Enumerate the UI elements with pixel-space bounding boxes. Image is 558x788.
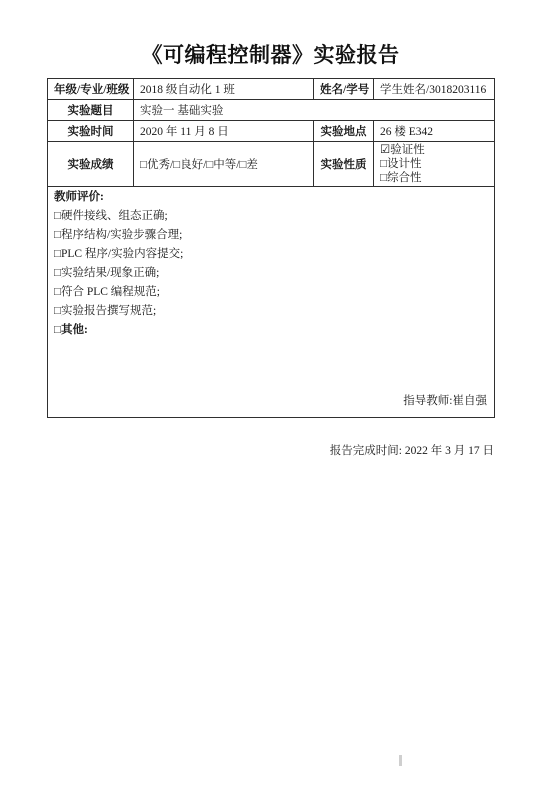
teacher-evaluation-content: 教师评价: □硬件接线、组态正确; □程序结构/实验步骤合理; □PLC 程序/…: [54, 188, 488, 409]
table-row: 实验时间 2020 年 11 月 8 日 实验地点 26 楼 E342: [48, 121, 495, 142]
label-experiment-time: 实验时间: [48, 121, 134, 142]
eval-item-plc-program: □PLC 程序/实验内容提交;: [54, 245, 488, 264]
other-label: 其他:: [61, 324, 88, 336]
report-page: 《可编程控制器》实验报告 年级/专业/班级 2018 级自动化 1 班 姓名/学…: [0, 0, 558, 788]
table-row: 年级/专业/班级 2018 级自动化 1 班 姓名/学号 学生姓名/301820…: [48, 79, 495, 100]
page-marker-artifact: [399, 755, 402, 766]
eval-item-results: □实验结果/现象正确;: [54, 264, 488, 283]
completion-time-line: 报告完成时间: 2022 年 3 月 17 日: [47, 444, 494, 459]
checkbox-option-comprehensive: □综合性: [380, 171, 488, 185]
table-row: 教师评价: □硬件接线、组态正确; □程序结构/实验步骤合理; □PLC 程序/…: [48, 187, 495, 418]
eval-item-coding-standard: □符合 PLC 编程规范;: [54, 283, 488, 302]
label-experiment-nature: 实验性质: [314, 142, 374, 187]
eval-item-wiring: □硬件接线、组态正确;: [54, 207, 488, 226]
value-experiment-topic: 实验一 基础实验: [134, 100, 495, 121]
value-experiment-nature: ☑验证性 □设计性 □综合性: [374, 142, 495, 187]
report-title: 《可编程控制器》实验报告: [47, 41, 494, 69]
eval-item-report-standard: □实验报告撰写规范;: [54, 302, 488, 321]
label-experiment-location: 实验地点: [314, 121, 374, 142]
label-experiment-topic: 实验题目: [48, 100, 134, 121]
other-checkbox-icon: □: [54, 324, 61, 336]
value-experiment-time: 2020 年 11 月 8 日: [134, 121, 314, 142]
report-info-table: 年级/专业/班级 2018 级自动化 1 班 姓名/学号 学生姓名/301820…: [47, 78, 495, 418]
teacher-evaluation-heading: 教师评价:: [54, 188, 488, 207]
checkbox-option-design: □设计性: [380, 157, 488, 171]
value-name-id: 学生姓名/3018203116: [374, 79, 495, 100]
value-experiment-score-checkboxes: □优秀/□良好/□中等/□差: [134, 142, 314, 187]
eval-item-structure: □程序结构/实验步骤合理;: [54, 226, 488, 245]
checkbox-option-verification: ☑验证性: [380, 143, 488, 157]
value-grade-major-class: 2018 级自动化 1 班: [134, 79, 314, 100]
eval-item-other: □其他:: [54, 321, 488, 340]
advisor-signature: 指导教师:崔自强: [403, 394, 487, 409]
teacher-evaluation-cell: 教师评价: □硬件接线、组态正确; □程序结构/实验步骤合理; □PLC 程序/…: [48, 187, 495, 418]
table-row: 实验题目 实验一 基础实验: [48, 100, 495, 121]
label-name-id: 姓名/学号: [314, 79, 374, 100]
table-row: 实验成绩 □优秀/□良好/□中等/□差 实验性质 ☑验证性 □设计性 □综合性: [48, 142, 495, 187]
value-experiment-location: 26 楼 E342: [374, 121, 495, 142]
label-experiment-score: 实验成绩: [48, 142, 134, 187]
label-grade-major-class: 年级/专业/班级: [48, 79, 134, 100]
